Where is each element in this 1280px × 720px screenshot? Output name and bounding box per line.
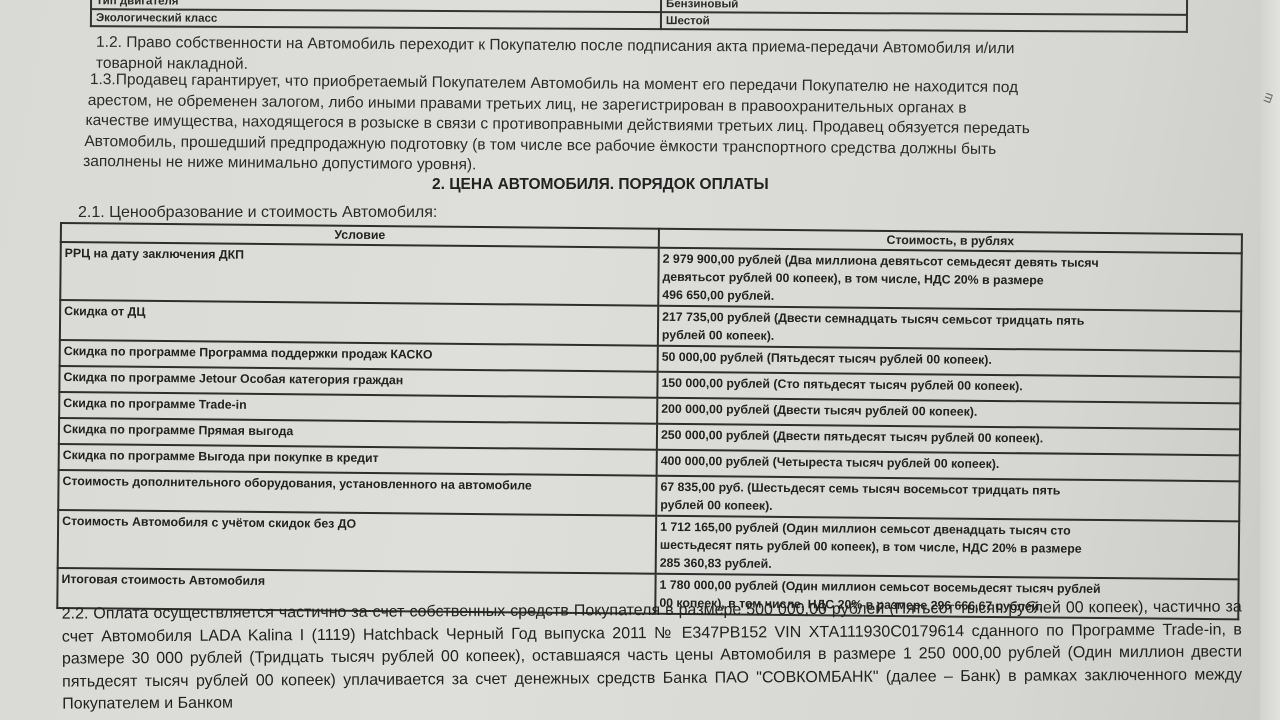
condition-cell: Стоимость дополнительного оборудования, … <box>58 470 656 516</box>
cost-cell: 1 712 165,00 рублей (Один миллион семьсо… <box>656 516 1240 580</box>
spec-table-fragment: Тип двигателя Бензиновый Экологический к… <box>90 0 1188 33</box>
clause-2-2: 2.2. Оплата осуществляется частично за с… <box>62 596 1243 716</box>
condition-cell: РРЦ на дату заключения ДКП <box>60 242 659 306</box>
cost-cell: 67 835,00 руб. (Шестьдесят семь тысяч во… <box>656 476 1239 522</box>
clause-1-3: 1.3.Продавец гарантирует, что приобретае… <box>87 70 1030 181</box>
cost-cell: 2 979 900,00 рублей (Два миллиона девять… <box>658 248 1242 312</box>
cost-cell: 217 735,00 рублей (Двести семнадцать тыс… <box>658 306 1241 352</box>
spec-label: Экологический класс <box>91 9 661 29</box>
condition-cell: Скидка от ДЦ <box>60 300 658 346</box>
section-2-heading: 2. ЦЕНА АВТОМОБИЛЯ. ПОРЯДОК ОПЛАТЫ <box>432 176 769 194</box>
spec-value: Шестой <box>661 12 1187 32</box>
document-photo: Тип двигателя Бензиновый Экологический к… <box>0 0 1280 720</box>
pricing-table: Условие Стоимость, в рублях РРЦ на дату … <box>56 222 1243 620</box>
page-edge: ш <box>1260 0 1280 720</box>
edge-text: ш <box>1258 90 1276 105</box>
condition-cell: Стоимость Автомобиля с учётом скидок без… <box>58 510 657 574</box>
clause-2-1: 2.1. Ценообразование и стоимость Автомоб… <box>78 203 437 224</box>
